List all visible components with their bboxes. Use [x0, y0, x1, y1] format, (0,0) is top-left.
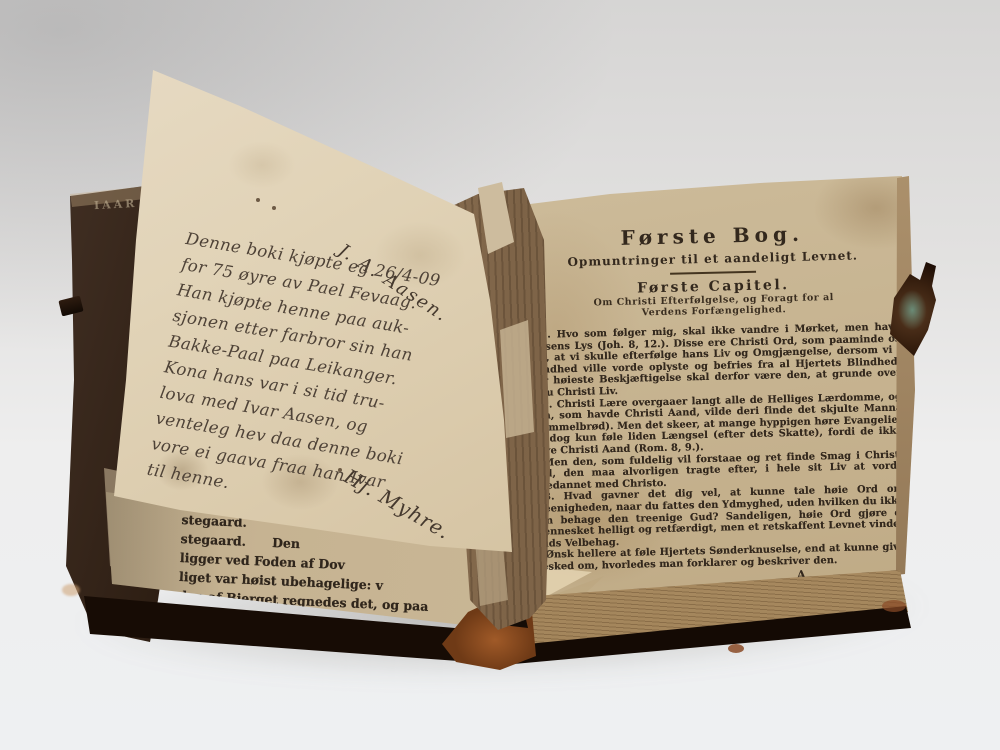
body-paragraphs: 1. Hvo som følger mig, skal ikke vandre … [528, 322, 905, 574]
book-subtitle: Opmuntringer til et aandeligt Levnet. [527, 248, 899, 270]
body-paragraph: 2. Christi Lære overgaaer langt alle de … [530, 391, 903, 457]
heading-rule [670, 271, 756, 275]
worn-red-spot [728, 644, 744, 653]
handwritten-note: Denne boki kjøpte eg 26/4-09for 75 øyre … [145, 226, 523, 539]
ink-speck-1 [256, 198, 260, 202]
worn-red-corner [882, 600, 906, 612]
body-paragraph: 1. Hvo som følger mig, skal ikke vandre … [528, 322, 901, 400]
cover-stamp-lettering: IAAR [94, 197, 138, 212]
ink-speck-2 [272, 206, 276, 210]
body-paragraph: 3. Hvad gavner det dig vel, at kunne tal… [532, 484, 905, 550]
antique-book-photograph: IAAR stegaard.stegaard. Denligger ved Fo… [0, 0, 1000, 750]
printed-page-text: Første Bog. Opmuntringer til et aandelig… [526, 220, 906, 589]
worn-corner-spot [62, 584, 80, 596]
